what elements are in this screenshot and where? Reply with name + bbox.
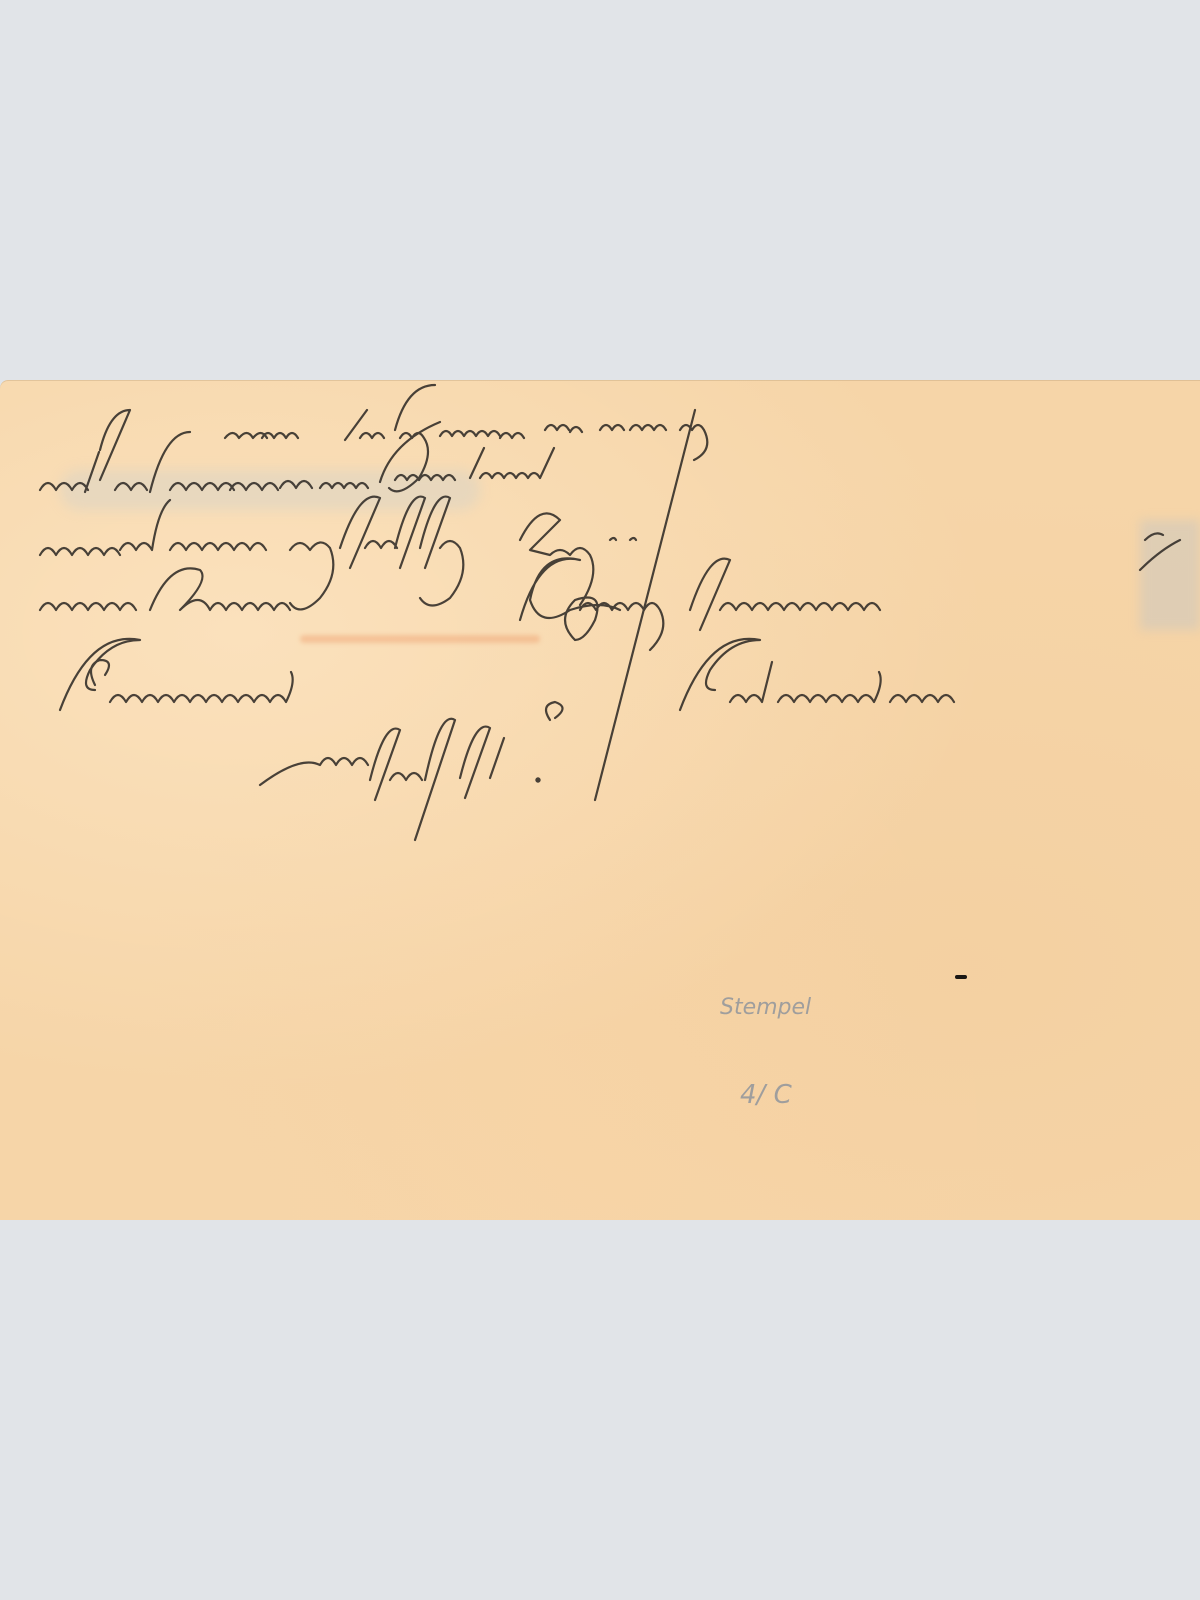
handwriting-line-1: zu Nachnahme der [225, 400, 552, 440]
handwriting-line-5: Kalender / Kalender [60, 665, 406, 705]
edge-fragment: ihr [1150, 400, 1182, 425]
pencil-note-2: 4/ C [740, 1080, 792, 1110]
postcard: zu Nachnahme der entfallenden Betrages w… [0, 380, 1200, 1220]
handwriting-line-3: wird um gefällige Zu- [40, 515, 411, 555]
pencil-note-1: Stempel [720, 995, 811, 1020]
handwriting-line-6: ersucht. [260, 745, 401, 785]
handwriting-line-4: sendung Kleine Exemplare [40, 575, 503, 615]
handwriting-line-2: entfallenden Betrages [40, 455, 422, 495]
handwriting-strokes [0, 380, 1200, 1220]
